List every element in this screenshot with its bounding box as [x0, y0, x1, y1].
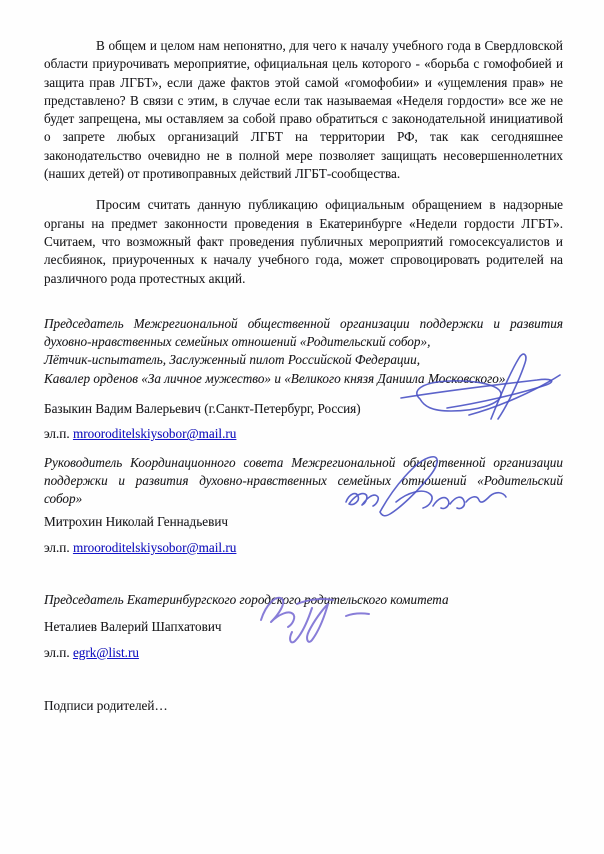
signer1-title-line: Председатель Межрегиональной общественно… — [44, 315, 563, 333]
signer1-title-line: Лётчик-испытатель, Заслуженный пилот Рос… — [44, 351, 563, 369]
signer3-name: Неталиев Валерий Шапхатович — [44, 618, 563, 636]
body-paragraph-1: В общем и целом нам непонятно, для чего … — [44, 37, 563, 183]
letter-page: В общем и целом нам непонятно, для чего … — [0, 0, 604, 854]
signer2-title-line: поддержки и развития духовно-нравственны… — [44, 472, 563, 490]
signer2-email-link[interactable]: mrooroditelskiysobor@mail.ru — [73, 540, 236, 555]
signer2-title-line: собор» — [44, 490, 563, 508]
email-label: эл.п. — [44, 645, 70, 660]
email-label: эл.п. — [44, 540, 70, 555]
signer3-email-link[interactable]: egrk@list.ru — [73, 645, 139, 660]
signer2-email-row: эл.п. mrooroditelskiysobor@mail.ru — [44, 539, 563, 557]
signer1-title-line: Кавалер орденов «За личное мужество» и «… — [44, 370, 563, 388]
closing-line: Подписи родителей… — [44, 697, 563, 715]
signer2-name: Митрохин Николай Геннадьевич — [44, 513, 563, 531]
signer1-name: Базыкин Вадим Валерьевич (г.Санкт-Петерб… — [44, 400, 563, 418]
body-paragraph-2: Просим считать данную публикацию официал… — [44, 196, 563, 287]
signer1-titles: Председатель Межрегиональной общественно… — [44, 315, 563, 388]
signer3-email-row: эл.п. egrk@list.ru — [44, 644, 563, 662]
email-label: эл.п. — [44, 426, 70, 441]
signer1-title-line: духовно-нравственных семейных отношений … — [44, 333, 563, 351]
signer1-email-link[interactable]: mrooroditelskiysobor@mail.ru — [73, 426, 236, 441]
signer2-title-line: Руководитель Координационного совета Меж… — [44, 454, 563, 472]
signer1-email-row: эл.п. mrooroditelskiysobor@mail.ru — [44, 425, 563, 443]
signer2-titles: Руководитель Координационного совета Меж… — [44, 454, 563, 509]
signer3-title-line: Председатель Екатеринбургского городског… — [44, 591, 563, 609]
signer3-titles: Председатель Екатеринбургского городског… — [44, 591, 563, 609]
